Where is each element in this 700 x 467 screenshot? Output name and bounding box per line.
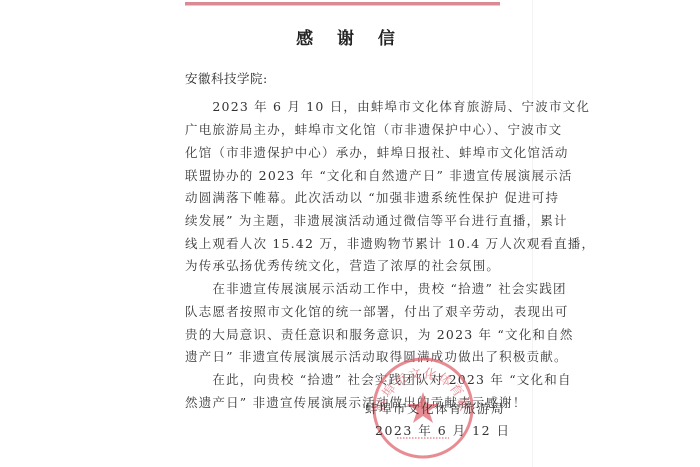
body-line: 广电旅游局主办，蚌埠市文化馆（市非遗保护中心）、宁波市文 (185, 120, 515, 138)
letter-title: 感 谢 信 (0, 24, 700, 49)
page-edge (532, 0, 533, 467)
red-header-rule (185, 2, 500, 6)
salutation: 安徽科技学院: (185, 69, 268, 87)
body-line: 续发展” 为主题，非遗展演活动通过微信等平台进行直播，累计 (185, 211, 515, 229)
body-line: 动圆满落下帷幕。此次活动以 “加强非遗系统性保护 促进可持 (185, 188, 515, 206)
body-line: 在非遗宣传展演展示活动工作中，贵校 “拾遗” 社会实践团 (185, 279, 515, 297)
body-line: 队志愿者按照市文化馆的统一部署，付出了艰辛劳动，表现出可 (185, 302, 515, 320)
body-line: 联盟协办的 2023 年 “文化和自然遗产日” 非遗宣传展演展示活 (185, 166, 515, 184)
signature-organization: 蚌埠市文化体育旅游局 (365, 399, 505, 417)
body-line: 化馆（市非遗保护中心）承办，蚌埠日报社、蚌埠市文化馆活动 (185, 143, 515, 161)
body-line: 2023 年 6 月 10 日，由蚌埠市文化体育旅游局、宁波市文化 (185, 97, 515, 115)
body-line: 贵的大局意识、责任意识和服务意识，为 2023 年 “文化和自然 (185, 325, 515, 343)
body-line: 为传承弘扬优秀传统文化，营造了浓厚的社会氛围。 (185, 256, 515, 274)
body-line: 线上观看人次 15.42 万，非遗购物节累计 10.4 万人次观看直播， (185, 234, 515, 252)
signature-date: 2023 年 6 月 12 日 (375, 421, 511, 439)
